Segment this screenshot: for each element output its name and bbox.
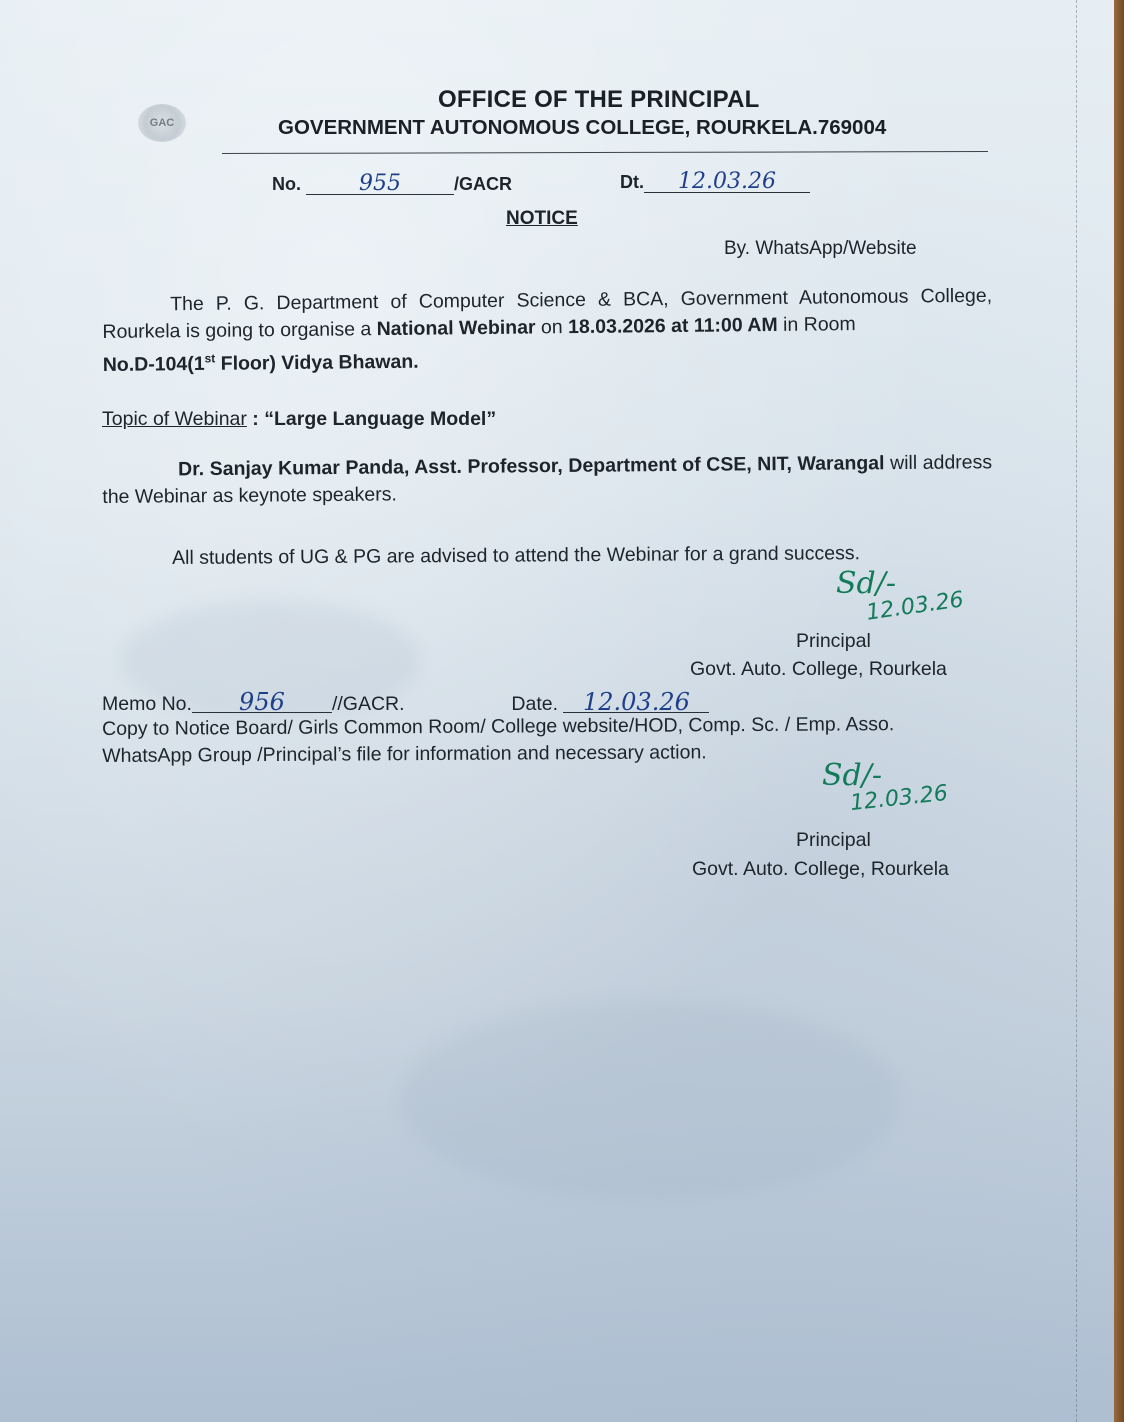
- signatory-org-2: Govt. Auto. College, Rourkela: [692, 858, 949, 881]
- reference-number-label: No.: [272, 174, 301, 194]
- distribution-channel: By. WhatsApp/Website: [724, 238, 917, 260]
- speaker-name: Dr. Sanjay Kumar Panda, Asst. Professor,…: [178, 452, 885, 480]
- signatory-title-2: Principal: [796, 829, 871, 852]
- header-divider: [222, 151, 988, 154]
- college-emblem-icon: GAC: [138, 104, 186, 142]
- reference-date-value: 12.03.26: [644, 172, 810, 193]
- webinar-topic: Topic of Webinar : “Large Language Model…: [102, 408, 496, 431]
- paper-shadow: [400, 1000, 900, 1200]
- principal-signature-1: Sd/-: [836, 566, 896, 601]
- signatory-title-1: Principal: [796, 630, 871, 653]
- college-heading: GOVERNMENT AUTONOMOUS COLLEGE, ROURKELA.…: [278, 116, 886, 140]
- topic-label: Topic of Webinar: [102, 408, 247, 430]
- topic-value: “Large Language Model”: [264, 408, 496, 430]
- signatory-org-1: Govt. Auto. College, Rourkela: [690, 658, 947, 681]
- announcement-paragraph: The P. G. Department of Computer Science…: [102, 283, 993, 379]
- reference-number-value: 955: [306, 174, 454, 195]
- memo-suffix: //GACR.: [332, 693, 405, 715]
- speaker-paragraph: Dr. Sanjay Kumar Panda, Asst. Professor,…: [102, 449, 992, 511]
- memo-label: Memo No.: [102, 693, 192, 715]
- notice-title: NOTICE: [506, 208, 578, 230]
- notice-paper: GAC OFFICE OF THE PRINCIPAL GOVERNMENT A…: [0, 0, 1114, 1422]
- event-datetime: 18.03.2026 at 11:00 AM: [568, 314, 778, 338]
- reference-number: No. 955/GACR: [272, 174, 512, 195]
- paper-fold-line: [1076, 0, 1078, 1422]
- table-surface: [1114, 0, 1124, 1422]
- memo-date-label: Date.: [511, 693, 558, 715]
- event-venue: No.D-104(1st Floor) Vidya Bhawan.: [103, 350, 419, 375]
- event-name: National Webinar: [377, 316, 536, 340]
- copy-line-1: Copy to Notice Board/ Girls Common Room/…: [102, 711, 1002, 743]
- reference-date-label: Dt.: [620, 172, 644, 192]
- reference-date: Dt.12.03.26: [620, 172, 810, 193]
- reference-number-suffix: /GACR: [454, 174, 512, 194]
- office-heading: OFFICE OF THE PRINCIPAL: [438, 86, 760, 114]
- memo-number: 956: [192, 692, 332, 713]
- advisory-paragraph: All students of UG & PG are advised to a…: [172, 542, 860, 570]
- memo-date-value: 12.03.26: [563, 692, 709, 713]
